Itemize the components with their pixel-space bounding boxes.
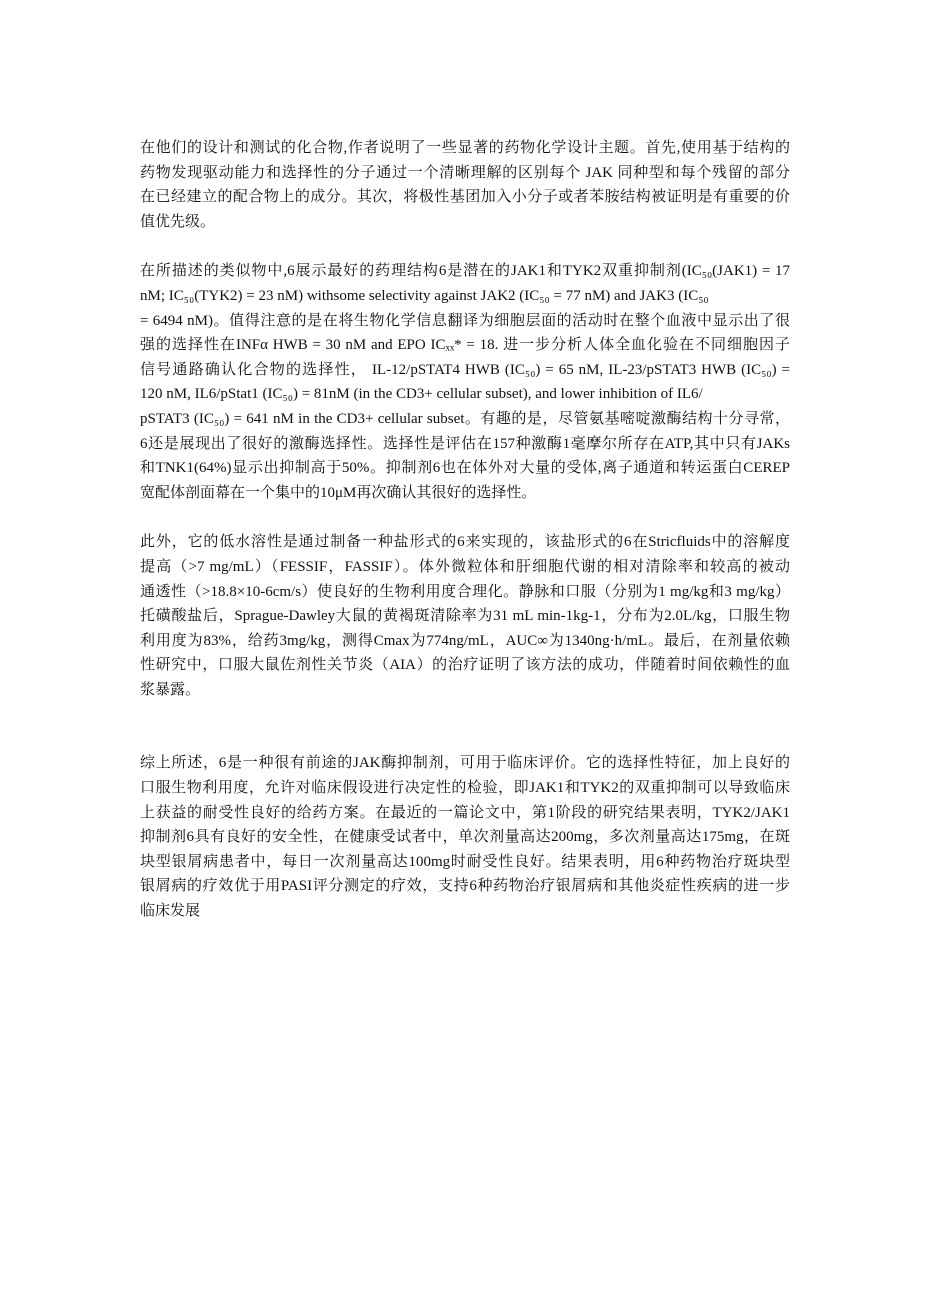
text-line: 120 nM, IL6/pStat1 (IC₅₀) = 81nM (in the… bbox=[140, 382, 790, 407]
text-line: 药物发现驱动能力和选择性的分子通过一个清晰理解的区别每个 JAK 同种型和每个残… bbox=[140, 161, 790, 186]
text-line: 临床发展 bbox=[140, 899, 790, 924]
text-line: 在所描述的类似物中,6展示最好的药理结构6是潜在的JAK1和TYK2双重抑制剂(… bbox=[140, 259, 790, 284]
text-line: 抑制剂6具有良好的安全性，在健康受试者中，单次剂量高达200mg，多次剂量高达1… bbox=[140, 825, 790, 850]
text-line: 通透性（>18.8×10-6cm/s）使良好的生物利用度合理化。静脉和口服（分别… bbox=[140, 580, 790, 605]
paragraph-design-themes: 在他们的设计和测试的化合物,作者说明了一些显著的药物化学设计主题。首先,使用基于… bbox=[140, 136, 790, 234]
text-line: 信号通路确认化合物的选择性， IL-12/pSTAT4 HWB (IC₅₀) =… bbox=[140, 358, 790, 383]
text-line: pSTAT3 (IC₅₀) = 641 nM in the CD3+ cellu… bbox=[140, 407, 790, 432]
text-line: 提高（>7 mg/mL）（FESSIF，FASSIF）。体外微粒体和肝细胞代谢的… bbox=[140, 555, 790, 580]
text-line: 托磺酸盐后，Sprague-Dawley大鼠的黄褐斑清除率为31 mL min-… bbox=[140, 604, 790, 629]
text-line: 综上所述，6是一种很有前途的JAK酶抑制剂，可用于临床评价。它的选择性特征，加上… bbox=[140, 751, 790, 776]
text-line: 块型银屑病患者中，每日一次剂量高达100mg时耐受性良好。结果表明，用6种药物治… bbox=[140, 850, 790, 875]
text-line: 银屑病的疗效优于用PASI评分测定的疗效，支持6种药物治疗银屑病和其他炎症性疾病… bbox=[140, 874, 790, 899]
text-line: 强的选择性在INFα HWB = 30 nM and EPO ICₓₓ* = 1… bbox=[140, 333, 790, 358]
text-line: 6还是展现出了很好的激酶选择性。选择性是评估在157种激酶1毫摩尔所存在ATP,… bbox=[140, 432, 790, 457]
document-page: 在他们的设计和测试的化合物,作者说明了一些显著的药物化学设计主题。首先,使用基于… bbox=[140, 136, 790, 924]
paragraph-spacer bbox=[140, 702, 790, 751]
text-line: 浆暴露。 bbox=[140, 678, 790, 703]
text-line: 在已经建立的配合物上的成分。其次，将极性基团加入小分子或者苯胺结构被证明是有重要… bbox=[140, 185, 790, 210]
paragraph-pharmacokinetics: 此外，它的低水溶性是通过制备一种盐形式的6来实现的，该盐形式的6在Stricfl… bbox=[140, 530, 790, 702]
text-line: 宽配体剖面幕在一个集中的10μM再次确认其很好的选择性。 bbox=[140, 481, 790, 506]
paragraph-spacer bbox=[140, 234, 790, 259]
text-line: 性研究中，口服大鼠佐剂性关节炎（AIA）的治疗证明了该方法的成功，伴随着时间依赖… bbox=[140, 653, 790, 678]
paragraph-conclusion: 综上所述，6是一种很有前途的JAK酶抑制剂，可用于临床评价。它的选择性特征，加上… bbox=[140, 751, 790, 923]
text-line: 上获益的耐受性良好的给药方案。在最近的一篇论文中，第1阶段的研究结果表明，TYK… bbox=[140, 801, 790, 826]
text-line: 此外，它的低水溶性是通过制备一种盐形式的6来实现的，该盐形式的6在Stricfl… bbox=[140, 530, 790, 555]
text-line: 值优先级。 bbox=[140, 210, 790, 235]
text-line: 口服生物利用度，允许对临床假设进行决定性的检验，即JAK1和TYK2的双重抑制可… bbox=[140, 776, 790, 801]
text-line: 和TNK1(64%)显示出抑制高于50%。抑制剂6也在体外对大量的受体,离子通道… bbox=[140, 456, 790, 481]
text-line: = 6494 nM)。值得注意的是在将生物化学信息翻译为细胞层面的活动时在整个血… bbox=[140, 309, 790, 334]
text-line: 利用度为83%，给药3mg/kg，测得Cmax为774ng/mL，AUC∞为13… bbox=[140, 629, 790, 654]
text-line: 在他们的设计和测试的化合物,作者说明了一些显著的药物化学设计主题。首先,使用基于… bbox=[140, 136, 790, 161]
paragraph-spacer bbox=[140, 505, 790, 530]
text-line: nM; IC₅₀(TYK2) = 23 nM) withsome selecti… bbox=[140, 284, 790, 309]
paragraph-selectivity: 在所描述的类似物中,6展示最好的药理结构6是潜在的JAK1和TYK2双重抑制剂(… bbox=[140, 259, 790, 505]
